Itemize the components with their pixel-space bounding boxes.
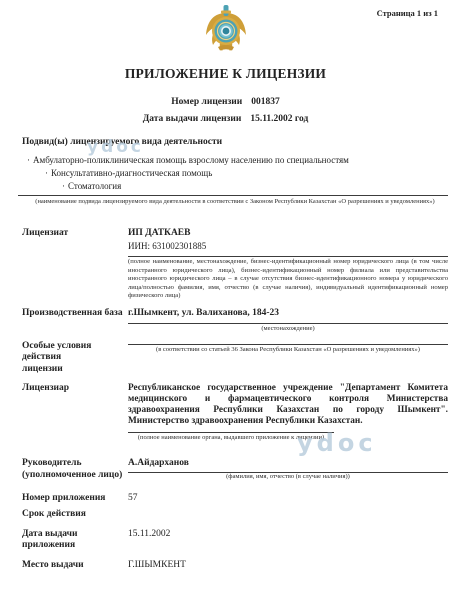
field-row-special-conditions: Особые условия действия лицензии (в соот… <box>22 341 448 376</box>
subtypes-header: Подвид(ы) лицензируемого вида деятельнос… <box>22 137 448 147</box>
subtype-item: ·Стоматология <box>22 181 448 191</box>
field-value-licensee: ИП ДАТКАЕВ ИИН: 631002301885 (полное наи… <box>128 228 448 300</box>
head-name: А.Айдарханов <box>128 458 448 473</box>
field-label-licensor: Лицензиар <box>22 383 128 395</box>
bullet-icon: · <box>62 181 65 191</box>
bullet-icon: · <box>27 155 30 165</box>
license-number-label: Номер лицензии <box>171 97 242 107</box>
license-date-label: Дата выдачи лицензии <box>143 114 242 124</box>
field-row-validity: Срок действия <box>22 509 448 521</box>
field-label-text: Дата выдачи приложения <box>22 529 84 552</box>
production-base-caption: (местонахождение) <box>128 323 448 334</box>
field-label-validity: Срок действия <box>22 509 128 521</box>
field-label-text: Лицензиат <box>22 228 68 240</box>
licensor-value: Республиканское государственное учрежден… <box>128 383 448 426</box>
document-title: ПРИЛОЖЕНИЕ К ЛИЦЕНЗИИ <box>0 66 451 82</box>
field-row-licensee: Лицензиат ИП ДАТКАЕВ ИИН: 631002301885 (… <box>22 228 448 300</box>
field-value-issue-place: Г.ШЫМКЕНТ <box>128 560 448 572</box>
field-label-special-conditions: Особые условия действия лицензии <box>22 341 128 376</box>
head-caption: (фамилия, имя, отчество (в случае наличи… <box>128 473 448 481</box>
page-indicator: Страница 1 из 1 <box>377 8 438 18</box>
field-label-text: Производственная база <box>22 308 123 320</box>
field-label-licensee: Лицензиат <box>22 228 128 240</box>
licensee-iin: ИИН: 631002301885 <box>128 241 448 252</box>
field-label-appendix-date: Дата выдачи приложения <box>22 529 128 552</box>
field-row-appendix-number: Номер приложения 57 <box>22 493 448 505</box>
bullet-icon: · <box>45 168 48 178</box>
field-row-appendix-date: Дата выдачи приложения 15.11.2002 <box>22 529 448 552</box>
field-label-head: Руководитель (уполномоченное лицо) <box>22 458 128 481</box>
subtype-item-text: Консультативно-диагностическая помощь <box>51 168 212 178</box>
field-row-issue-place: Место выдачи Г.ШЫМКЕНТ <box>22 560 448 572</box>
field-label-text: Срок действия <box>22 509 86 521</box>
subtype-item-text: Стоматология <box>68 181 121 191</box>
licensor-signature-area: (полное наименование органа, выдавшего п… <box>128 432 334 443</box>
field-label-text: Место выдачи <box>22 560 84 572</box>
field-row-production-base: Производственная база г.Шымкент, ул. Вал… <box>22 308 448 334</box>
field-value-special-conditions: (в соответствии со статьей 36 Закона Рес… <box>128 341 448 355</box>
field-label-production-base: Производственная база <box>22 308 128 320</box>
field-value-head: А.Айдарханов (фамилия, имя, отчество (в … <box>128 458 448 481</box>
field-value-appendix-date: 15.11.2002 <box>128 529 448 541</box>
subtype-item: ·Амбулаторно-поликлиническая помощь взро… <box>22 155 448 165</box>
field-value-validity <box>128 509 448 521</box>
subtype-item-text: Амбулаторно-поликлиническая помощь взрос… <box>33 155 349 165</box>
field-label-issue-place: Место выдачи <box>22 560 128 572</box>
subtypes-divider <box>18 195 448 196</box>
field-label-text: Руководитель (уполномоченное лицо) <box>22 458 128 481</box>
subtype-item: ·Консультативно-диагностическая помощь <box>22 168 448 178</box>
license-number-line: Номер лицензии001837 <box>0 97 451 107</box>
production-base-value: г.Шымкент, ул. Валиханова, 184-23 <box>128 308 448 320</box>
license-number-value: 001837 <box>251 97 280 107</box>
licensee-name: ИП ДАТКАЕВ <box>128 228 448 240</box>
license-date-value: 15.11.2002 год <box>250 114 308 124</box>
licensee-caption: (полное наименование, местонахождение, б… <box>128 256 448 301</box>
kazakhstan-emblem-icon <box>204 4 248 53</box>
field-row-licensor: Лицензиар Республиканское государственно… <box>22 383 448 442</box>
field-value-appendix-number: 57 <box>128 493 448 505</box>
license-appendix-page: Страница 1 из 1 ПРИЛОЖЕНИЕ К ЛИЦЕНЗИИ Но… <box>0 0 451 600</box>
special-conditions-caption: (в соответствии со статьей 36 Закона Рес… <box>128 344 448 355</box>
document-body: Подвид(ы) лицензируемого вида деятельнос… <box>0 137 451 572</box>
field-value-production-base: г.Шымкент, ул. Валиханова, 184-23 (место… <box>128 308 448 334</box>
field-label-text: Лицензиар <box>22 383 69 395</box>
field-label-text: Номер приложения <box>22 493 105 505</box>
field-row-head: Руководитель (уполномоченное лицо) А.Айд… <box>22 458 448 481</box>
field-value-licensor: Республиканское государственное учрежден… <box>128 383 448 442</box>
field-label-appendix-number: Номер приложения <box>22 493 128 505</box>
license-date-line: Дата выдачи лицензии15.11.2002 год <box>0 114 451 124</box>
subtypes-caption: (наименование подвида лицензируемого вид… <box>22 198 448 206</box>
field-label-text: Особые условия действия лицензии <box>22 341 102 376</box>
licensor-caption: (полное наименование органа, выдавшего п… <box>128 432 334 443</box>
